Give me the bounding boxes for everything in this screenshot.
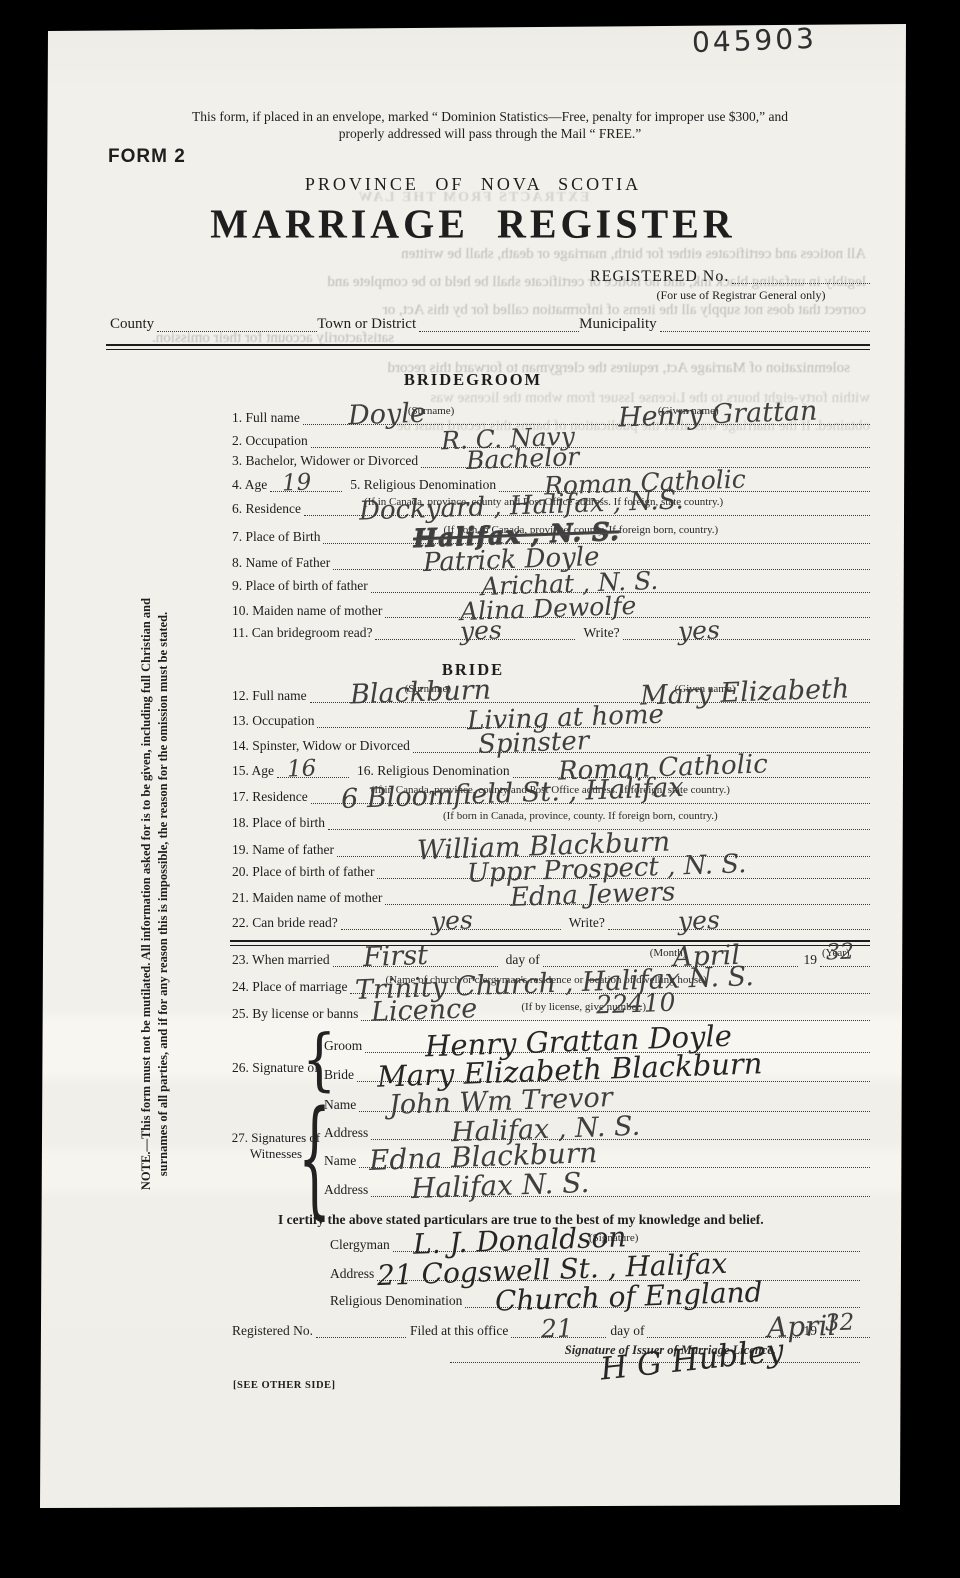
field-label: 12. Full name xyxy=(232,688,310,703)
clergyman-label: Clergyman xyxy=(330,1237,393,1252)
field-label: 2. Occupation xyxy=(232,433,311,448)
dotted-line: R. C. Navy xyxy=(311,427,870,448)
field-label: 20. Place of birth of father xyxy=(232,864,377,879)
dotted-line: yes xyxy=(608,909,870,930)
divider-rule xyxy=(106,344,870,350)
dotted-line xyxy=(419,311,579,332)
dotted-line: Henry Grattan Doyle xyxy=(365,1032,870,1053)
field-label: 11. Can bridegroom read? xyxy=(232,625,375,640)
field-label: 3. Bachelor, Widower or Divorced xyxy=(232,453,421,468)
field-row-groom-signature: Groom Henry Grattan Doyle xyxy=(324,1033,870,1053)
field-label: 9. Place of birth of father xyxy=(232,578,371,593)
handwritten-can-write: yes xyxy=(677,907,720,933)
field-row-bride-full-name: 12. Full name Blackburn Mary Elizabeth (… xyxy=(232,683,870,703)
field-row-groom-literacy: 11. Can bridegroom read? yes Write? yes xyxy=(232,620,870,640)
field-row-issuer-signature: H G Hubley Signature of Issuer of Marria… xyxy=(450,1343,860,1363)
field-label: 25. By license or banns xyxy=(232,1006,361,1021)
dotted-line: Roman Catholic xyxy=(513,757,870,778)
field-label: 14. Spinster, Widow or Divorced xyxy=(232,738,413,753)
denomination-label: Religious Denomination xyxy=(330,1293,465,1308)
groom-label: Groom xyxy=(324,1038,365,1053)
dotted-line: Halifax , N. S. (If born in Canada, prov… xyxy=(323,523,870,544)
day-of-label: day of xyxy=(498,952,543,967)
field-row-bride-mother: 21. Maiden name of mother Edna Jewers xyxy=(232,885,870,905)
field-row-witness2-name: Name Edna Blackburn xyxy=(324,1148,870,1168)
handwritten-mother-name: Edna Jewers xyxy=(510,879,676,911)
field-row-bride-occupation: 13. Occupation Living at home xyxy=(232,708,870,728)
field-row-groom-father-birthplace: 9. Place of birth of father Arichat , N.… xyxy=(232,573,870,593)
town-district-label: Town or District xyxy=(317,317,419,332)
handwritten-can-read: yes xyxy=(460,617,503,643)
field-row-bride-signature: Bride Mary Elizabeth Blackburn xyxy=(324,1062,870,1082)
dotted-line xyxy=(660,311,870,332)
province-heading: PROVINCE OF NOVA SCOTIA xyxy=(40,174,906,195)
municipality-label: Municipality xyxy=(579,317,660,332)
name-label: Name xyxy=(324,1097,359,1112)
dotted-line: Spinster xyxy=(413,732,870,753)
handwritten-given-name: Mary Elizabeth xyxy=(639,675,849,709)
field-row-bride-age-religion: 15. Age 16 16. Religious Denomination Ro… xyxy=(232,758,870,778)
field-row-place-of-marriage: 24. Place of marriage Trinity Church , H… xyxy=(232,974,870,994)
field-row-bride-literacy: 22. Can bride read? yes Write? yes xyxy=(232,910,870,930)
filed-label: Filed at this office xyxy=(406,1323,511,1338)
dotted-line: John Wm Trevor xyxy=(359,1091,870,1112)
handwritten-year: 32 xyxy=(826,942,855,965)
dotted-line: L. J. Donaldson (Signature) xyxy=(393,1231,860,1252)
handwritten-status: Bachelor xyxy=(466,444,580,473)
field-label: 17. Residence xyxy=(232,789,311,804)
handwritten-serial-number: 045903 xyxy=(691,22,817,59)
mail-instruction: This form, if placed in an envelope, mar… xyxy=(150,108,830,142)
write-label: Write? xyxy=(561,915,608,930)
dotted-line: Bachelor xyxy=(421,447,870,468)
form-paper: EXTRACTS FROM THE LAW All notices and ce… xyxy=(40,24,906,1510)
dotted-line: Doyle Henry Grattan (Surname) (Given nam… xyxy=(303,404,870,425)
sidebar-note: NOTE.—This form must not be mutilated. A… xyxy=(138,544,178,1244)
field-row-denomination: Religious Denomination Church of England xyxy=(330,1288,860,1308)
dotted-line: Edna Jewers xyxy=(385,884,870,905)
field-label: 10. Maiden name of mother xyxy=(232,603,385,618)
handwritten-can-write: yes xyxy=(677,617,720,643)
dotted-line: Arichat , N. S. xyxy=(371,572,870,593)
form-number: FORM 2 xyxy=(108,146,186,168)
dotted-line: yes xyxy=(341,909,561,930)
dotted-line: H G Hubley Signature of Issuer of Marria… xyxy=(450,1342,860,1363)
field-row-bride-father-birthplace: 20. Place of birth of father Uppr Prospe… xyxy=(232,859,870,879)
field-label: 22. Can bride read? xyxy=(232,915,341,930)
field-label: 13. Occupation xyxy=(232,713,317,728)
field-label: 5. Religious Denomination xyxy=(342,477,499,492)
dotted-line: Dockyard , Halifax , N.S. (If in Canada,… xyxy=(304,495,870,516)
handwritten-age: 19 xyxy=(282,471,312,495)
see-other-side-note: [SEE OTHER SIDE] xyxy=(233,1380,336,1391)
dotted-line: (If born in Canada, province, county. If… xyxy=(328,809,870,830)
handwritten-witness2-address: Halifax N. S. xyxy=(411,1169,590,1203)
registered-no-row: REGISTERED No. xyxy=(590,264,870,284)
address-label: Address xyxy=(324,1182,371,1197)
dotted-line xyxy=(157,311,317,332)
dotted-line: yes xyxy=(623,619,870,640)
field-row-groom-status: 3. Bachelor, Widower or Divorced Bachelo… xyxy=(232,448,870,468)
field-label: 21. Maiden name of mother xyxy=(232,890,385,905)
dotted-line: Church of England xyxy=(465,1287,860,1308)
dotted-line: Edna Blackburn xyxy=(359,1147,870,1168)
handwritten-filed-year: 32 xyxy=(825,1311,855,1335)
field-label: 19. Name of father xyxy=(232,842,337,857)
registered-no-note: (For use of Registrar General only) xyxy=(596,288,886,303)
field-row-groom-birthplace: 7. Place of Birth Halifax , N. S. (If bo… xyxy=(232,524,870,544)
write-label: Write? xyxy=(575,625,622,640)
handwritten-age: 16 xyxy=(287,757,317,781)
dotted-line: Blackburn Mary Elizabeth (Surname) (Give… xyxy=(310,682,870,703)
field-row-groom-father: 8. Name of Father Patrick Doyle xyxy=(232,550,870,570)
field-row-groom-residence: 6. Residence Dockyard , Halifax , N.S. (… xyxy=(232,496,870,516)
handwritten-surname: Doyle xyxy=(347,400,426,430)
dotted-line: 19 xyxy=(270,471,342,492)
handwritten-can-read: yes xyxy=(430,907,473,933)
county-row: County Town or District Municipality xyxy=(110,312,870,332)
field-row-clergyman: Clergyman L. J. Donaldson (Signature) xyxy=(330,1232,860,1252)
address-label: Address xyxy=(330,1266,377,1281)
dotted-line: 16 xyxy=(277,757,349,778)
field-row-bride-father: 19. Name of father William Blackburn xyxy=(232,837,870,857)
field-row-witness2-address: Address Halifax N. S. xyxy=(324,1177,870,1197)
dotted-line xyxy=(732,263,870,284)
dotted-line: Alina Dewolfe xyxy=(385,597,870,618)
address-label: Address xyxy=(324,1125,371,1140)
dotted-line: yes xyxy=(375,619,575,640)
handwritten-surname: Blackburn xyxy=(349,677,491,709)
field-label: 1. Full name xyxy=(232,410,303,425)
registered-no-label: Registered No. xyxy=(232,1323,316,1338)
field-label: 8. Name of Father xyxy=(232,555,333,570)
dotted-line: 21 xyxy=(511,1317,606,1338)
field-label: 7. Place of Birth xyxy=(232,529,323,544)
handwritten-status: Spinster xyxy=(477,728,589,758)
field-row-when-married: 23. When married First day of April (Mon… xyxy=(232,947,870,967)
dotted-line: 21 Cogswell St. , Halifax xyxy=(377,1260,860,1281)
dotted-line: First xyxy=(333,946,498,967)
dotted-line: Mary Elizabeth Blackburn xyxy=(357,1061,870,1082)
field-row-bride-birthplace: 18. Place of birth (If born in Canada, p… xyxy=(232,810,870,830)
handwritten-denomination: Church of England xyxy=(495,1278,763,1315)
field-row-clergyman-address: Address 21 Cogswell St. , Halifax xyxy=(330,1261,860,1281)
handwritten-residence: 6 Bloomfield St. , Halifax xyxy=(340,774,683,813)
dotted-line: Uppr Prospect , N. S. xyxy=(377,858,870,879)
dotted-line: 6 Bloomfield St. , Halifax (If in Canada… xyxy=(311,783,870,804)
bridegroom-heading: BRIDEGROOM xyxy=(40,370,906,390)
dotted-line: Licence 22410 (If by license, give numbe… xyxy=(361,1000,870,1021)
field-row-witness1-address: Address Halifax , N. S. xyxy=(324,1120,870,1140)
birthplace-caption: (If born in Canada, province, county. If… xyxy=(443,810,718,822)
field-label: 18. Place of birth xyxy=(232,815,328,830)
field-row-witness1-name: Name John Wm Trevor xyxy=(324,1092,870,1112)
county-label: County xyxy=(110,317,157,332)
field-row-groom-mother: 10. Maiden name of mother Alina Dewolfe xyxy=(232,598,870,618)
field-label: 4. Age xyxy=(232,477,270,492)
field-label: 15. Age xyxy=(232,763,277,778)
field-label: 24. Place of marriage xyxy=(232,979,350,994)
field-label: 16. Religious Denomination xyxy=(349,763,513,778)
dotted-line: 32 (Year) xyxy=(820,946,870,967)
field-row-bride-residence: 17. Residence 6 Bloomfield St. , Halifax… xyxy=(232,784,870,804)
handwritten-filed-day: 21 xyxy=(541,1315,574,1341)
dotted-line: Halifax , N. S. xyxy=(371,1119,870,1140)
registered-no-label: REGISTERED No. xyxy=(590,269,732,284)
dotted-line: Halifax N. S. xyxy=(371,1176,870,1197)
bride-label: Bride xyxy=(324,1067,357,1082)
handwritten-licence-number: 22410 xyxy=(596,990,676,1018)
handwritten-day: First xyxy=(362,942,428,971)
field-label: 23. When married xyxy=(232,952,333,967)
field-row-bride-status: 14. Spinster, Widow or Divorced Spinster xyxy=(232,733,870,753)
form-title: MARRIAGE REGISTER xyxy=(40,199,906,247)
name-label: Name xyxy=(324,1153,359,1168)
dotted-line: 32 xyxy=(820,1317,870,1338)
handwritten-licence: Licence xyxy=(371,995,478,1026)
field-row-licence: 25. By license or banns Licence 22410 (I… xyxy=(232,1001,870,1021)
day-of-label: day of xyxy=(606,1323,647,1338)
dotted-line: Living at home xyxy=(317,707,870,728)
scanned-marriage-register: { "serial_number": "045903", "header": {… xyxy=(0,0,960,1578)
year-prefix: 19 xyxy=(798,952,821,967)
field-label: 6. Residence xyxy=(232,501,304,516)
dotted-line xyxy=(316,1317,406,1338)
